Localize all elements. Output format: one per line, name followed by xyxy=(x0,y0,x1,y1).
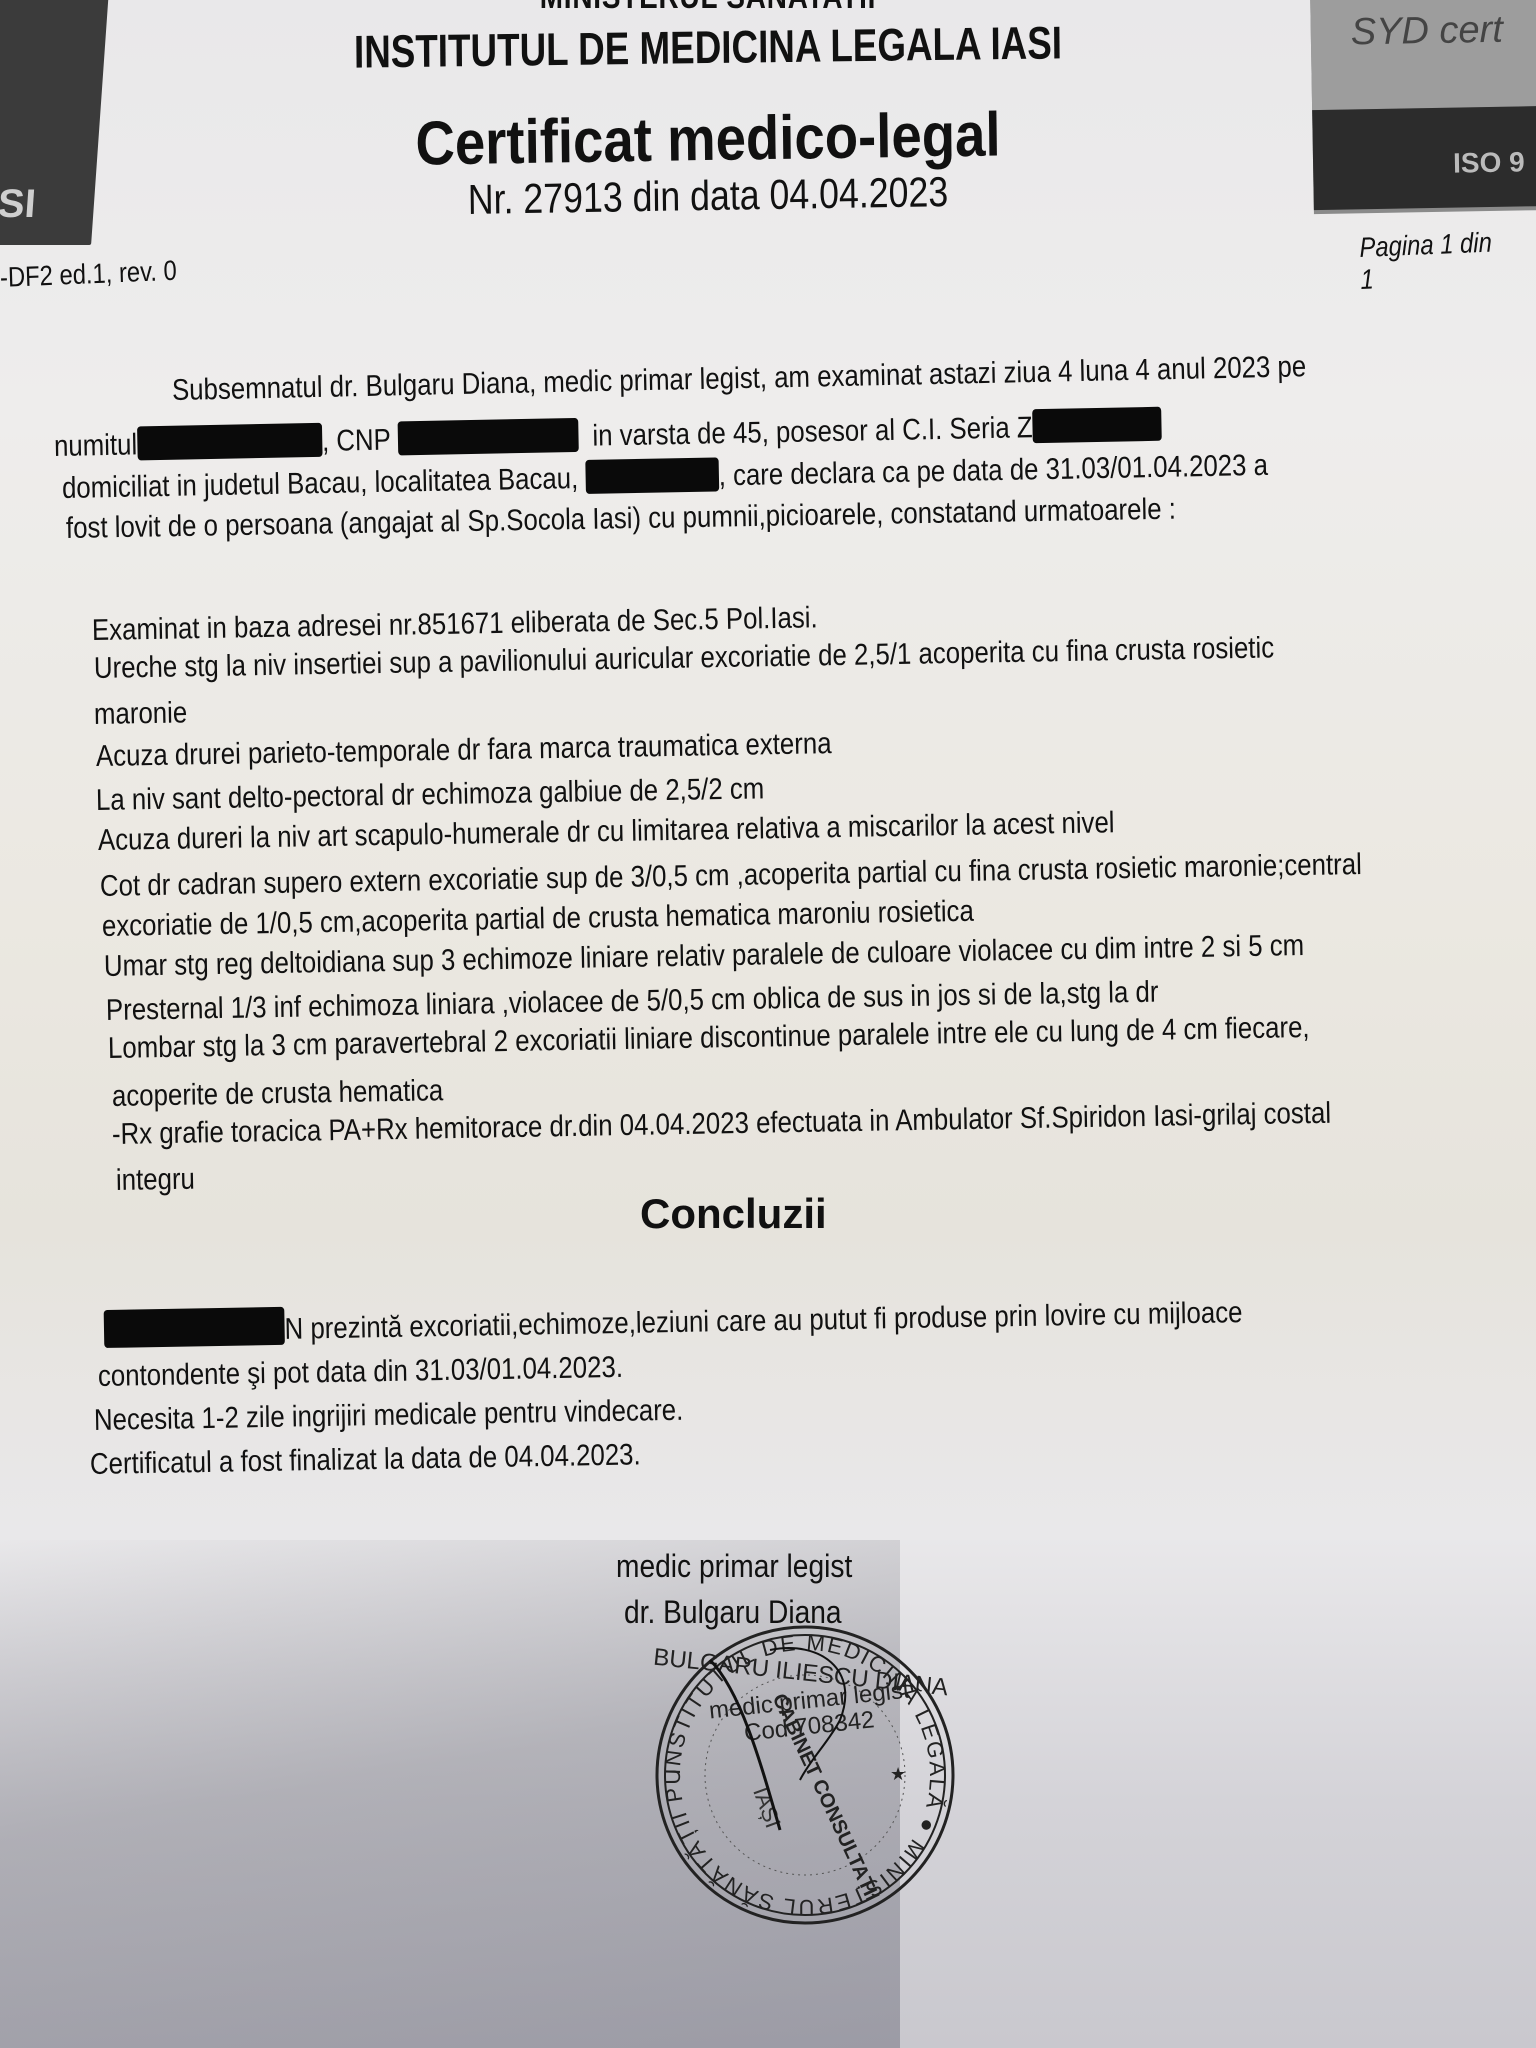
redacted-name xyxy=(137,423,323,461)
conclusion-line-2: contondente şi pot data din 31.03/01.04.… xyxy=(98,1351,624,1394)
finding-line: La niv sant delto-pectoral dr echimoza g… xyxy=(96,772,765,818)
conclusion-text: N prezintă excoriatii,echimoze,leziuni c… xyxy=(284,1296,1242,1346)
intro-text: in varsta de 45, posesor al C.I. Seria Z xyxy=(592,411,1033,452)
finding-line: acoperite de crusta hematica xyxy=(112,1074,444,1114)
page-indicator: Pagina 1 din 1 xyxy=(1359,226,1510,296)
conclusion-line-4: Certificatul a fost finalizat la data de… xyxy=(90,1438,641,1482)
intro-text: domiciliat in judetul Bacau, localitatea… xyxy=(62,462,579,505)
intro-line-1: Subsemnatul dr. Bulgaru Diana, medic pri… xyxy=(172,350,1307,408)
finding-line: maronie xyxy=(94,696,188,732)
form-code: -DF2 ed.1, rev. 0 xyxy=(0,255,177,294)
official-stamp: INSTITUTUL DE MEDICINĂ LEGALĂ ● MINISTER… xyxy=(650,1620,960,1930)
conclusions-heading: Concluzii xyxy=(640,1190,827,1238)
finding-line: integru xyxy=(116,1163,195,1198)
institute-name: INSTITUTUL DE MEDICINA LEGALA IASI xyxy=(93,12,1322,82)
finding-line: Cot dr cadran supero extern excoriatie s… xyxy=(100,848,1362,904)
conclusion-line-1: N prezintă excoriatii,echimoze,leziuni c… xyxy=(104,1290,1243,1350)
svg-text:★: ★ xyxy=(890,1764,906,1784)
redacted-id-series xyxy=(1032,407,1162,443)
intro-text: numitul xyxy=(54,428,138,463)
redacted-cnp xyxy=(397,418,578,455)
finding-line: Acuza drurei parieto-temporale dr fara m… xyxy=(96,727,832,774)
conclusion-line-3: Necesita 1-2 zile ingrijiri medicale pen… xyxy=(94,1394,684,1438)
redacted-address xyxy=(585,457,719,494)
intro-text: , care declara ca pe data de 31.03/01.04… xyxy=(718,449,1268,493)
signatory-role: medic primar legist xyxy=(616,1548,852,1585)
intro-text: , CNP xyxy=(322,424,391,458)
redacted-patient-name xyxy=(104,1307,285,1348)
